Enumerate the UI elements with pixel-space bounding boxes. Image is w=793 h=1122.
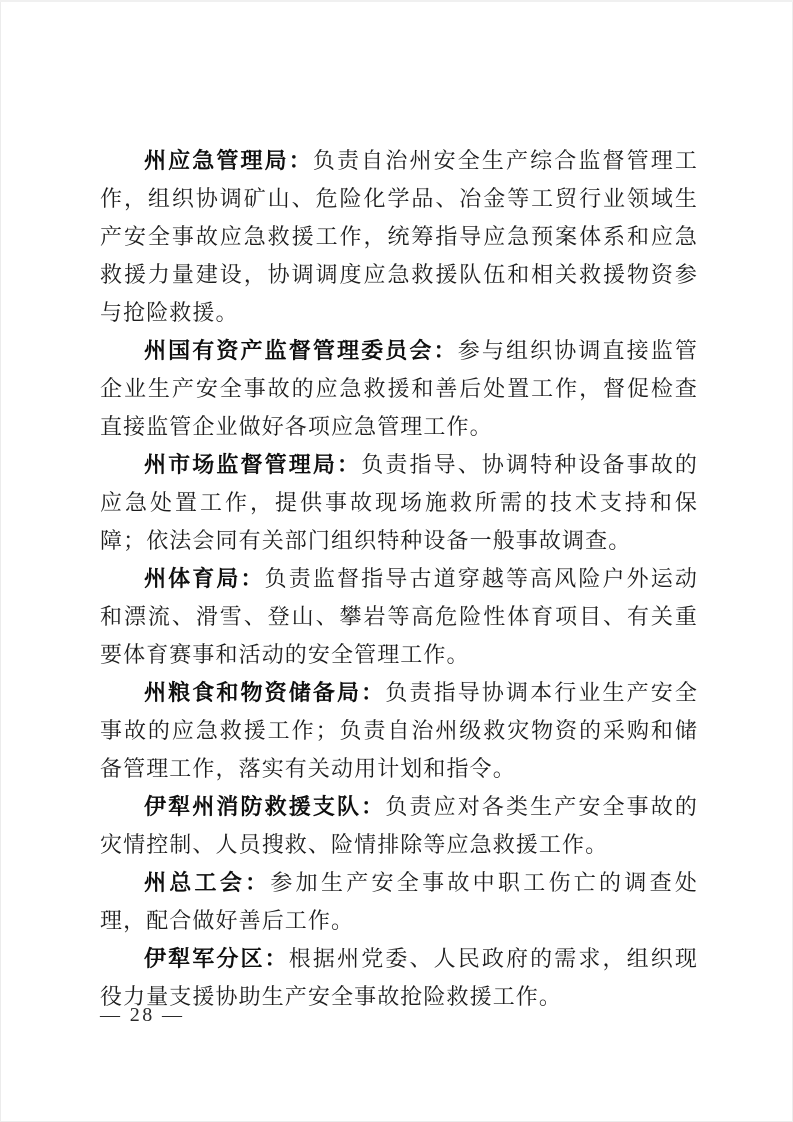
- paragraph-fire-rescue-detachment: 伊犁州消防救援支队：负责应对各类生产安全事故的灾情控制、人员搜救、险情排除等应急…: [100, 788, 698, 864]
- paragraph-yili-military-subdistrict: 伊犁军分区：根据州党委、人民政府的需求，组织现役力量支援协助生产安全事故抢险救援…: [100, 940, 698, 1016]
- paragraph-emergency-management-bureau: 州应急管理局：负责自治州安全生产综合监督管理工作，组织协调矿山、危险化学品、冶金…: [100, 142, 698, 332]
- paragraph-market-regulation-bureau: 州市场监督管理局：负责指导、协调特种设备事故的应急处置工作，提供事故现场施救所需…: [100, 446, 698, 560]
- document-body: 州应急管理局：负责自治州安全生产综合监督管理工作，组织协调矿山、危险化学品、冶金…: [100, 142, 698, 1016]
- paragraph-body: 负责自治州安全生产综合监督管理工作，组织协调矿山、危险化学品、冶金等工贸行业领域…: [100, 148, 698, 325]
- department-name: 州国有资产监督管理委员会：: [144, 338, 458, 363]
- department-name: 州总工会：: [144, 870, 270, 895]
- department-name: 州粮食和物资储备局：: [144, 680, 385, 705]
- department-name: 伊犁州消防救援支队：: [144, 794, 385, 819]
- department-name: 州应急管理局：: [144, 148, 313, 173]
- page-number: — 28 —: [100, 1000, 184, 1030]
- department-name: 州体育局：: [144, 566, 265, 591]
- department-name: 州市场监督管理局：: [144, 452, 361, 477]
- paragraph-sports-bureau: 州体育局：负责监督指导古道穿越等高风险户外运动和漂流、滑雪、登山、攀岩等高危险性…: [100, 560, 698, 674]
- document-page: 州应急管理局：负责自治州安全生产综合监督管理工作，组织协调矿山、危险化学品、冶金…: [0, 0, 793, 1122]
- paragraph-state-assets-commission: 州国有资产监督管理委员会：参与组织协调直接监管企业生产安全事故的应急救援和善后处…: [100, 332, 698, 446]
- department-name: 伊犁军分区：: [144, 946, 289, 971]
- paragraph-federation-of-trade-unions: 州总工会：参加生产安全事故中职工伤亡的调查处理，配合做好善后工作。: [100, 864, 698, 940]
- paragraph-grain-reserves-bureau: 州粮食和物资储备局：负责指导协调本行业生产安全事故的应急救援工作；负责自治州级救…: [100, 674, 698, 788]
